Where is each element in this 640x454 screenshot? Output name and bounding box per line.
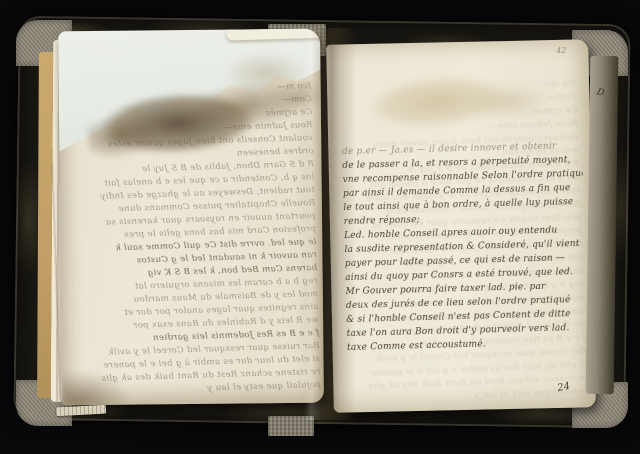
fore-edge: D (586, 56, 619, 394)
corner-tear-shadow (62, 369, 132, 406)
manuscript-text: de p.er — Ja.es — il desire innover et o… (342, 139, 587, 355)
gutter-shadow (304, 28, 356, 420)
right-page: fco m—Com—Ce arjmésRous Jadmin eme—voula… (326, 39, 596, 412)
ink-stain (85, 70, 324, 169)
left-page: fco m—Com—Ce arjmésRous Jadmin eme—voula… (58, 29, 324, 406)
fore-edge-mark: D (596, 87, 606, 99)
manuscript-photograph: fco m—Com—Ce arjmésRous Jadmin eme—voula… (0, 0, 640, 454)
folio-number-top: 42 (556, 46, 566, 55)
